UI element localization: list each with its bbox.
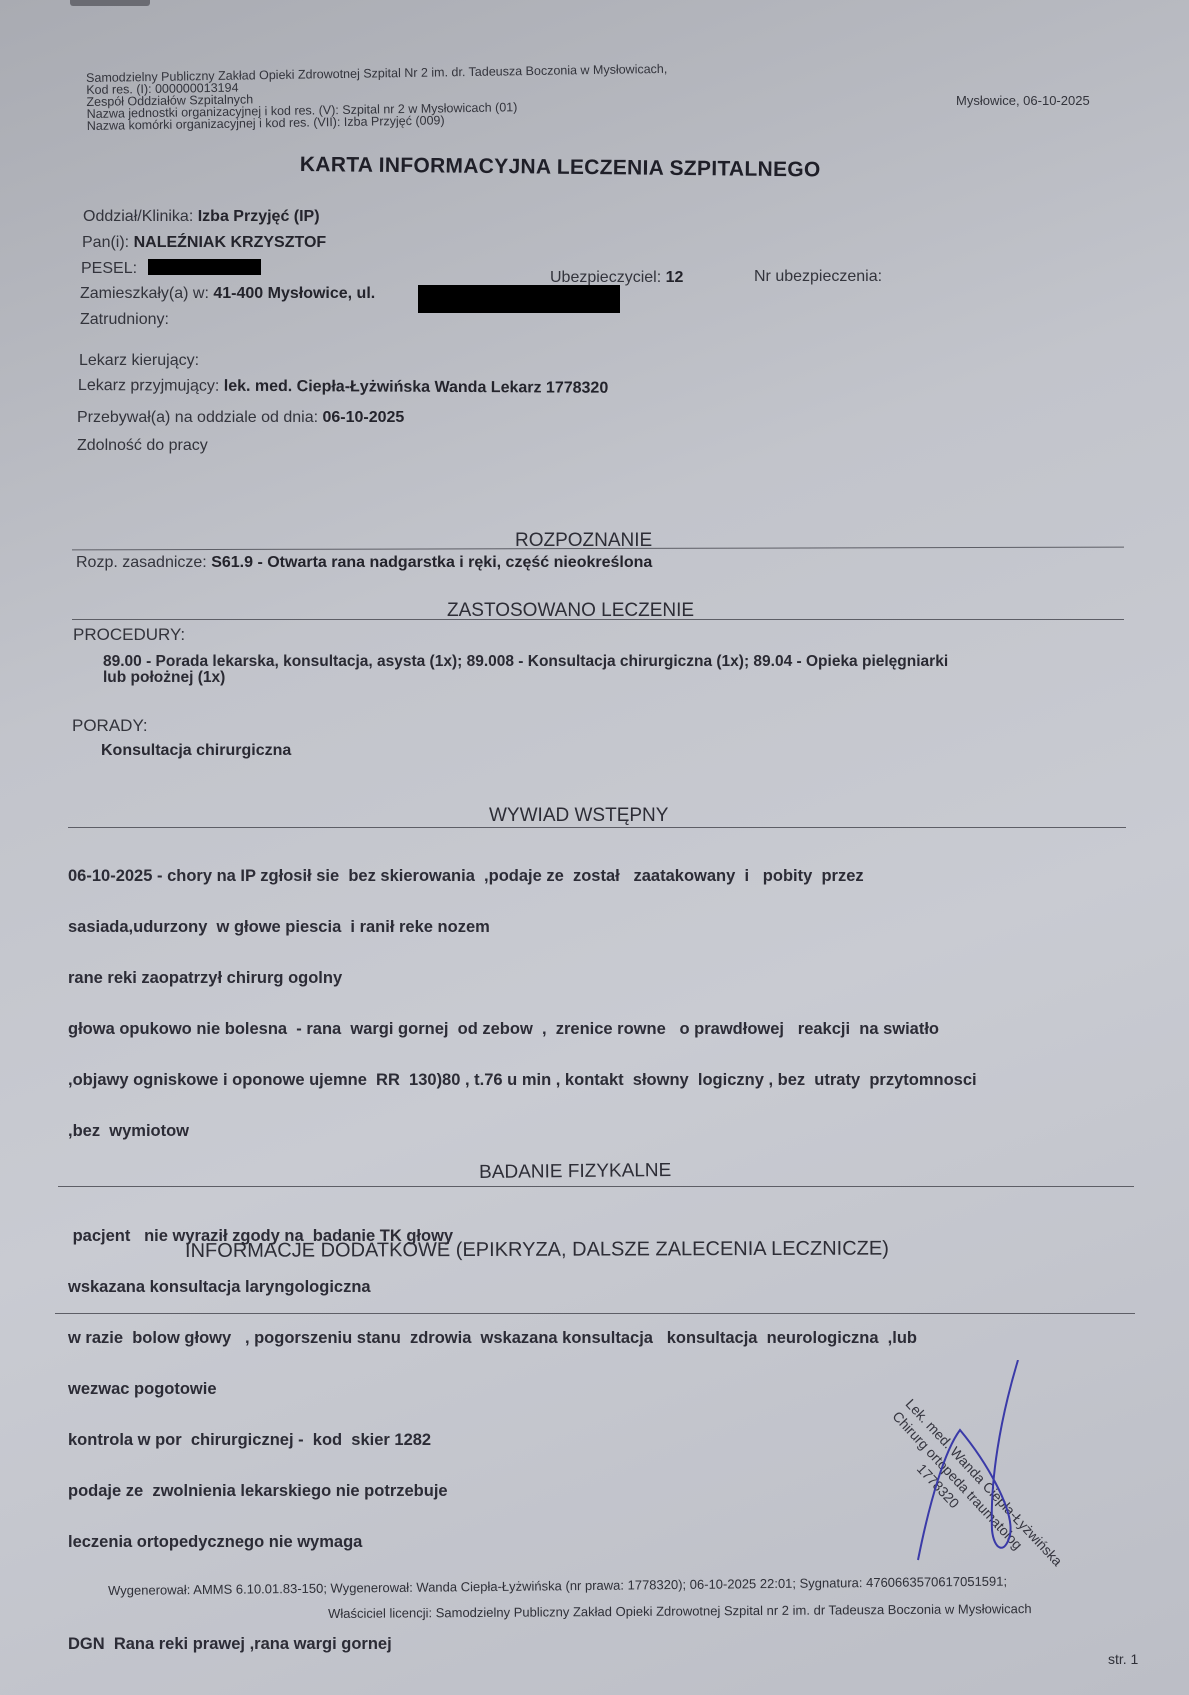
divider [68, 827, 1126, 828]
page-number: str. 1 [1108, 1651, 1138, 1667]
patient-name-label: Pan(i): [82, 234, 129, 251]
divider [58, 1186, 1134, 1187]
work-capacity-label: Zdolność do pracy [77, 437, 208, 454]
referring-doctor-field: Lekarz kierujący: [79, 352, 199, 370]
employed-label: Zatrudniony: [80, 311, 169, 328]
employed-field: Zatrudniony: [80, 311, 169, 329]
procedures-line: 89.00 - Porada lekarska, konsultacja, as… [103, 654, 948, 670]
pesel-field: PESEL: [81, 260, 137, 278]
patient-name-field: Pan(i): NALEŹNIAK KRZYSZTOF [82, 234, 326, 252]
institution-header: Samodzielny Publiczny Zakład Opieki Zdro… [86, 63, 668, 132]
procedures-line: lub położnej (1x) [103, 670, 948, 686]
interview-line: w razie bolow głowy , pogorszeniu stanu … [68, 1330, 977, 1347]
insurer-value: 12 [666, 269, 684, 286]
interview-line: głowa opukowo nie bolesna - rana wargi g… [68, 1021, 977, 1038]
main-diagnosis-field: Rozp. zasadnicze: S61.9 - Otwarta rana n… [76, 554, 652, 572]
ward-label: Oddział/Klinika: [83, 208, 193, 225]
document-page: Samodzielny Publiczny Zakład Opieki Zdro… [0, 0, 1189, 1695]
referring-doctor-label: Lekarz kierujący: [79, 352, 199, 369]
interview-section-title: WYWIAD WSTĘPNY [489, 805, 668, 827]
advice-value: Konsultacja chirurgiczna [101, 743, 291, 759]
work-capacity-field: Zdolność do pracy [77, 437, 208, 455]
address-label: Zamieszkały(a) w: [80, 285, 209, 302]
procedures-label: PROCEDURY: [73, 625, 185, 645]
ward-field: Oddział/Klinika: Izba Przyjęć (IP) [83, 208, 320, 226]
advice-label: PORADY: [72, 716, 148, 736]
interview-line: podaje ze zwolnienia lekarskiego nie pot… [68, 1483, 977, 1500]
main-diagnosis-label: Rozp. zasadnicze: [76, 554, 207, 571]
admitting-doctor-value: lek. med. Ciepła-Łyżwińska Wanda Lekarz … [224, 378, 609, 397]
insurance-number-field: Nr ubezpieczenia: [754, 268, 882, 286]
pesel-redaction [148, 259, 261, 275]
divider [72, 619, 1124, 620]
place-date: Mysłowice, 06-10-2025 [956, 95, 1090, 107]
interview-line: wezwac pogotowie [68, 1381, 977, 1398]
stay-label: Przebywał(a) na oddziale od dnia: [77, 409, 318, 426]
physical-exam-section-title: BADANIE FIZYKALNE [479, 1160, 671, 1184]
interview-line: sasiada,udurzony w głowe piescia i ranił… [68, 919, 977, 936]
insurance-number-label: Nr ubezpieczenia: [754, 268, 882, 285]
divider [55, 1313, 1135, 1314]
interview-line: 06-10-2025 - chory na IP zgłosił sie bez… [68, 868, 977, 885]
stay-value: 06-10-2025 [322, 409, 404, 426]
admitting-doctor-label: Lekarz przyjmujący: [78, 377, 219, 395]
document-title: KARTA INFORMACYJNA LECZENIA SZPITALNEGO [300, 153, 821, 182]
interview-line: ,objawy ogniskowe i oponowe ujemne RR 13… [68, 1072, 977, 1089]
interview-line: kontrola w por chirurgicznej - kod skier… [68, 1432, 977, 1449]
additional-info-section-title: INFORMACJE DODATKOWE (EPIKRYZA, DALSZE Z… [185, 1238, 889, 1263]
interview-line: leczenia ortopedycznego nie wymaga [68, 1534, 977, 1551]
pesel-label: PESEL: [81, 260, 137, 277]
procedures-list: 89.00 - Porada lekarska, konsultacja, as… [103, 654, 948, 686]
address-value: 41-400 Mysłowice, ul. [213, 285, 375, 302]
admitting-doctor-field: Lekarz przyjmujący: lek. med. Ciepła-Łyż… [78, 377, 608, 398]
interview-line: DGN Rana reki prawej ,rana wargi gornej [68, 1636, 977, 1653]
stay-field: Przebywał(a) na oddziale od dnia: 06-10-… [77, 409, 404, 427]
interview-line: wskazana konsultacja laryngologiczna [68, 1279, 977, 1296]
patient-name-value: NALEŹNIAK KRZYSZTOF [134, 234, 327, 251]
address-field: Zamieszkały(a) w: 41-400 Mysłowice, ul. [80, 285, 375, 303]
staple-mark [70, 0, 150, 6]
ward-value: Izba Przyjęć (IP) [198, 208, 320, 225]
interview-line: rane reki zaopatrzył chirurg ogolny [68, 970, 977, 987]
address-redaction [418, 285, 620, 313]
insurer-label: Ubezpieczyciel: [550, 269, 661, 286]
main-diagnosis-value: S61.9 - Otwarta rana nadgarstka i ręki, … [211, 554, 652, 571]
interview-line: ,bez wymiotow [68, 1123, 977, 1140]
signature-icon [890, 1360, 1020, 1580]
